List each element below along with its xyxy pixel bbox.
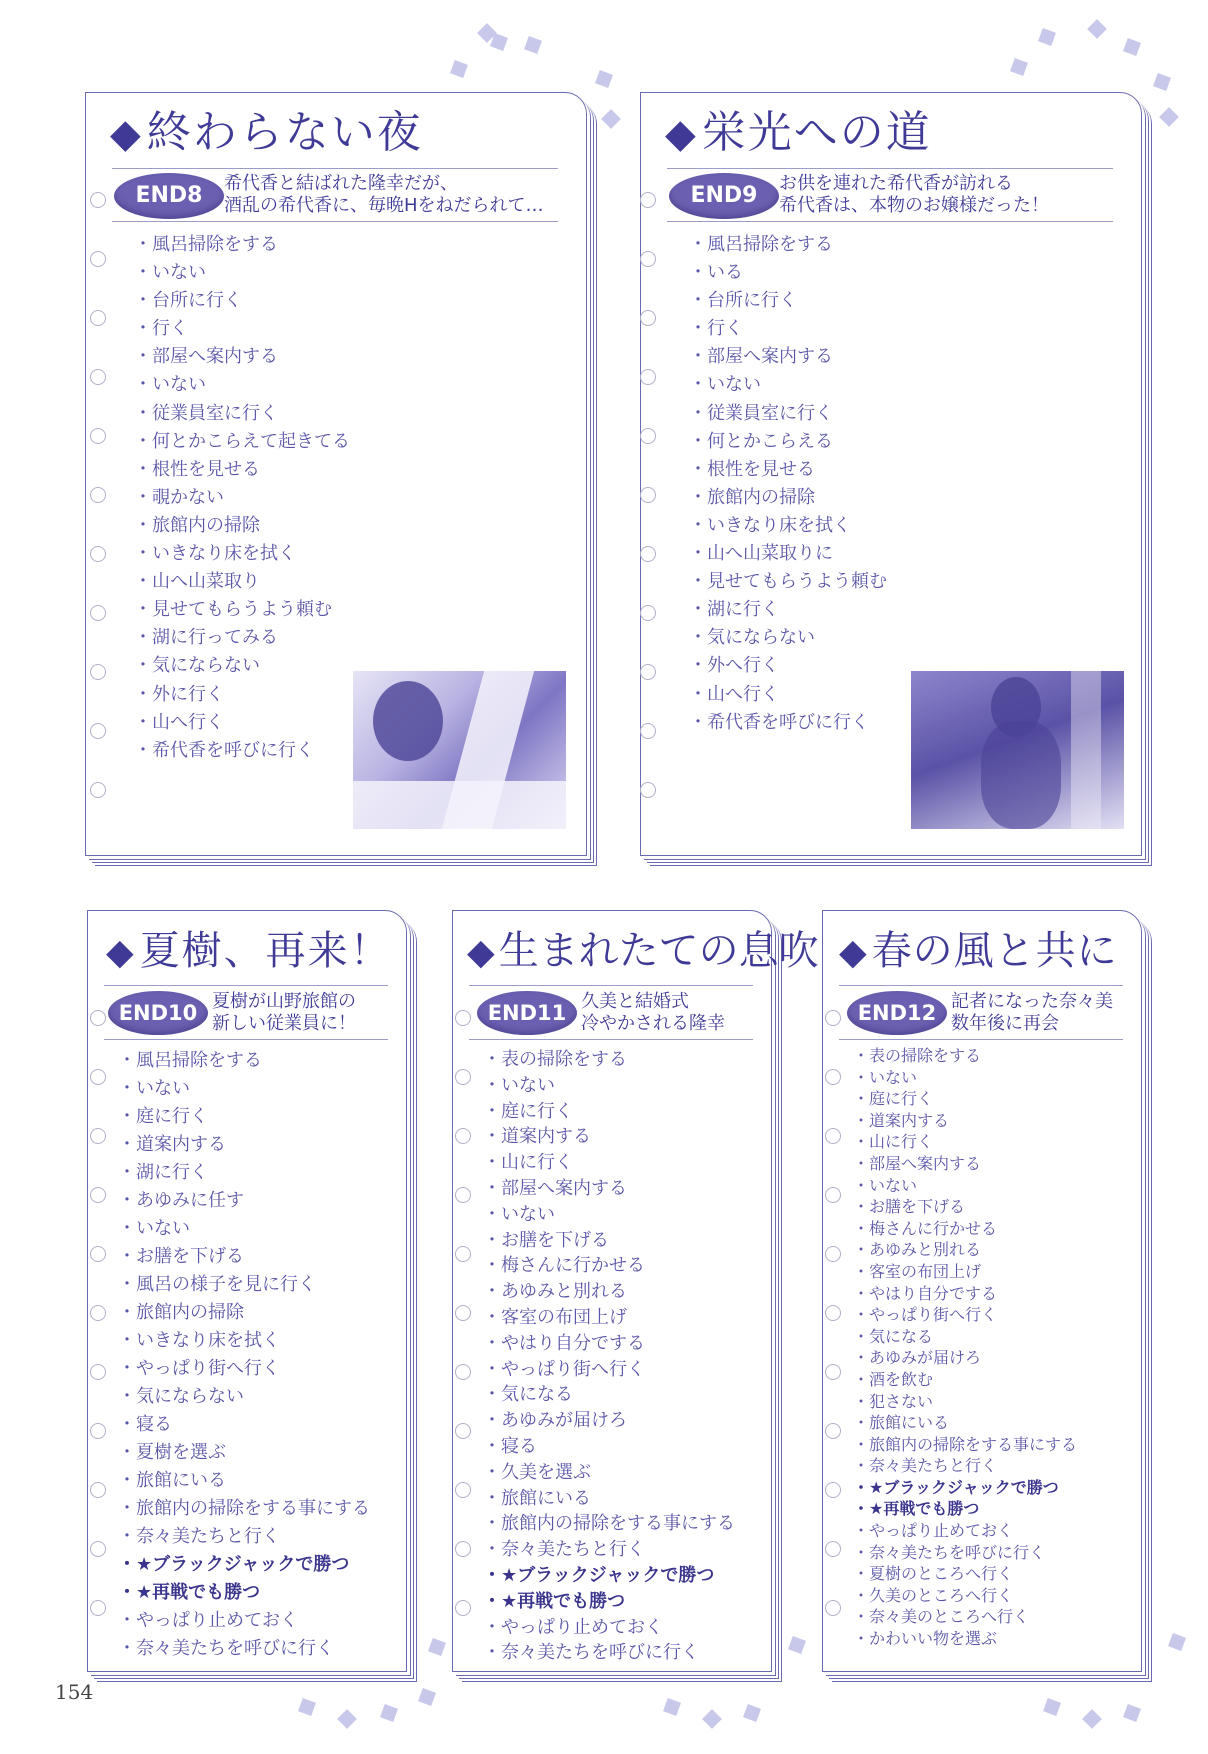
choice-item: ・山に行く	[483, 1150, 735, 1176]
divider	[667, 168, 1113, 169]
binder-ring	[90, 1600, 106, 1616]
diamond-bullet-icon: ◆	[106, 932, 136, 973]
choice-item: ・寝る	[118, 1411, 370, 1439]
diamond-bullet-icon: ◆	[839, 932, 868, 973]
choice-item: ・気にならない	[134, 652, 350, 680]
summary-line: 数年後に再会	[951, 1013, 1113, 1035]
divider	[839, 1039, 1123, 1040]
choice-item: ・何とかこらえて起きてる	[134, 428, 350, 456]
choice-item: ・奈々美たちを呼びに行く	[853, 1542, 1077, 1564]
divider	[469, 985, 753, 986]
ending-card-end10: ◆夏樹、再来！ END10 夏樹が山野旅館の 新しい従業員に！ ・風呂掃除をする…	[87, 910, 407, 1672]
card-title: ◆春の風と共に	[839, 919, 1118, 985]
summary-line: 夏樹が山野旅館の	[212, 991, 356, 1013]
binder-ring	[825, 1364, 841, 1380]
choice-item: ・やっぱり街へ行く	[853, 1304, 1077, 1326]
binder-ring	[455, 1069, 471, 1085]
divider	[469, 1039, 753, 1040]
binder-ring	[640, 605, 656, 621]
ending-card-end12: ◆春の風と共に END12 記者になった奈々美 数年後に再会 ・表の掃除をする …	[822, 910, 1142, 1672]
card-title-text: 終わらない夜	[147, 107, 423, 158]
choice-item: ・風呂掃除をする	[689, 231, 887, 259]
decorative-diamond	[1082, 1709, 1102, 1729]
card-title: ◆栄光への道	[665, 101, 932, 166]
choice-item: ・久美のところへ行く	[853, 1585, 1077, 1607]
choice-item: ・やっぱり止めておく	[118, 1607, 370, 1635]
divider	[839, 985, 1123, 986]
card-title: ◆夏樹、再来！	[106, 919, 392, 985]
binder-ring	[455, 1541, 471, 1557]
ending-summary: 希代香と結ばれた隆幸だが、 酒乱の希代香に、毎晩Hをねだられて…	[224, 173, 544, 217]
summary-line: 酒乱の希代香に、毎晩Hをねだられて…	[224, 195, 544, 217]
choice-list: ・表の掃除をする ・いない ・庭に行く ・道案内する ・山に行く ・部屋へ案内す…	[853, 1045, 1077, 1650]
decorative-diamond	[337, 1709, 357, 1729]
choice-item: ・気になる	[483, 1382, 735, 1408]
ending-illustration	[911, 671, 1124, 829]
end-badge: END10	[108, 991, 208, 1035]
choice-item: ・いない	[853, 1067, 1077, 1089]
binder-ring	[640, 782, 656, 798]
choice-item: ・庭に行く	[853, 1088, 1077, 1110]
choice-item: ・いない	[118, 1215, 370, 1243]
binder-ring	[640, 310, 656, 326]
choice-item: ・湖に行く	[118, 1159, 370, 1187]
choice-item: ・山へ山菜取り	[134, 568, 350, 596]
choice-item: ・いない	[134, 259, 350, 287]
binder-ring	[825, 1482, 841, 1498]
decorative-diamond	[1043, 1698, 1061, 1716]
summary-line: お供を連れた希代香が訪れる	[779, 173, 1049, 195]
binder-ring	[640, 192, 656, 208]
summary-line: 希代香は、本物のお嬢様だった！	[779, 195, 1049, 217]
choice-item: ・風呂掃除をする	[134, 231, 350, 259]
binder-ring	[825, 1187, 841, 1203]
choice-item: ・庭に行く	[118, 1103, 370, 1131]
decorative-diamond	[663, 1698, 681, 1716]
choice-item: ・いない	[134, 371, 350, 399]
binder-ring	[90, 1010, 106, 1026]
choice-item: ・あゆみが届けろ	[483, 1408, 735, 1434]
binder-ring	[455, 1010, 471, 1026]
decorative-diamond	[298, 1698, 316, 1716]
choice-item: ・梅さんに行かせる	[853, 1218, 1077, 1240]
choice-item: ・いない	[118, 1075, 370, 1103]
choice-item-key: ・★ブラックジャックで勝つ	[118, 1551, 370, 1579]
ending-summary: 夏樹が山野旅館の 新しい従業員に！	[212, 991, 356, 1035]
binder-ring	[90, 546, 106, 562]
ending-summary: 記者になった奈々美 数年後に再会	[951, 991, 1113, 1035]
choice-item: ・部屋へ案内する	[853, 1153, 1077, 1175]
choice-item: ・表の掃除をする	[853, 1045, 1077, 1067]
diamond-bullet-icon: ◆	[467, 932, 495, 973]
choice-item: ・根性を見せる	[134, 456, 350, 484]
binder-ring	[455, 1482, 471, 1498]
choice-item: ・旅館内の掃除	[134, 512, 350, 540]
choice-item: ・見せてもらうよう頼む	[134, 596, 350, 624]
choice-item: ・道案内する	[483, 1124, 735, 1150]
ending-summary: お供を連れた希代香が訪れる 希代香は、本物のお嬢様だった！	[779, 173, 1049, 217]
page-number: 154	[55, 1680, 93, 1704]
binder-ring	[640, 428, 656, 444]
summary-line: 冷やかされる隆幸	[581, 1013, 725, 1035]
choice-item: ・梅さんに行かせる	[483, 1253, 735, 1279]
decorative-diamond	[450, 60, 468, 78]
summary-line: 久美と結婚式	[581, 991, 725, 1013]
ending-illustration	[353, 671, 566, 829]
choice-item: ・お膳を下げる	[853, 1196, 1077, 1218]
choice-item: ・あゆみと別れる	[483, 1279, 735, 1305]
choice-item: ・庭に行く	[483, 1099, 735, 1125]
choice-item: ・風呂の様子を見に行く	[118, 1271, 370, 1299]
choice-item: ・いきなり床を拭く	[134, 540, 350, 568]
choice-item: ・外へ行く	[689, 652, 887, 680]
card-title-text: 栄光への道	[702, 107, 932, 158]
divider	[104, 985, 388, 986]
choice-item: ・いない	[689, 371, 887, 399]
binder-ring	[825, 1541, 841, 1557]
choice-item: ・夏樹を選ぶ	[118, 1439, 370, 1467]
summary-line: 記者になった奈々美	[951, 991, 1113, 1013]
choice-item: ・やはり自分でする	[483, 1331, 735, 1357]
binder-ring	[90, 1305, 106, 1321]
decorative-diamond	[418, 1688, 436, 1706]
binder-ring	[640, 723, 656, 739]
choice-item: ・従業員室に行く	[689, 400, 887, 428]
binder-ring	[90, 723, 106, 739]
binder-ring	[90, 1187, 106, 1203]
choice-item: ・やっぱり街へ行く	[483, 1357, 735, 1383]
binder-ring	[90, 1069, 106, 1085]
choice-item: ・やっぱり街へ行く	[118, 1355, 370, 1383]
binder-ring	[90, 251, 106, 267]
choice-item: ・根性を見せる	[689, 456, 887, 484]
binder-ring	[640, 664, 656, 680]
choice-item: ・旅館にいる	[483, 1486, 735, 1512]
binder-ring	[90, 487, 106, 503]
choice-item: ・行く	[689, 315, 887, 343]
choice-item: ・部屋へ案内する	[689, 343, 887, 371]
binder-ring	[90, 1246, 106, 1262]
choice-item: ・何とかこらえる	[689, 428, 887, 456]
card-title-text: 生まれたての息吹	[499, 928, 819, 974]
ending-card-end11: ◆生まれたての息吹 END11 久美と結婚式 冷やかされる隆幸 ・表の掃除をする…	[452, 910, 772, 1672]
choice-item: ・気になる	[853, 1326, 1077, 1348]
choice-item: ・やっぱり止めておく	[483, 1615, 735, 1641]
choice-item: ・かわいい物を選ぶ	[853, 1628, 1077, 1650]
choice-item: ・あゆみと別れる	[853, 1239, 1077, 1261]
choice-item: ・従業員室に行く	[134, 400, 350, 428]
choice-item: ・旅館内の掃除をする事にする	[853, 1434, 1077, 1456]
binder-ring	[825, 1305, 841, 1321]
end-badge: END12	[847, 991, 947, 1035]
choice-item: ・希代香を呼びに行く	[689, 709, 887, 737]
decorative-diamond	[1168, 1633, 1186, 1651]
summary-line: 希代香と結ばれた隆幸だが、	[224, 173, 544, 195]
end-badge: END8	[114, 173, 224, 219]
card-title: ◆終わらない夜	[110, 101, 423, 166]
binder-ring	[455, 1364, 471, 1380]
divider	[112, 221, 558, 222]
ending-card-end8: ◆終わらない夜 END8 希代香と結ばれた隆幸だが、 酒乱の希代香に、毎晩Hをね…	[85, 92, 587, 856]
choice-item: ・いる	[689, 259, 887, 287]
choice-item: ・台所に行く	[134, 287, 350, 315]
choice-item-key: ・★ブラックジャックで勝つ	[483, 1563, 735, 1589]
choice-item: ・外に行く	[134, 681, 350, 709]
choice-item: ・いきなり床を拭く	[118, 1327, 370, 1355]
choice-item: ・お膳を下げる	[483, 1228, 735, 1254]
choice-item-key: ・★ブラックジャックで勝つ	[853, 1477, 1077, 1499]
choice-item: ・あゆみに任す	[118, 1187, 370, 1215]
choice-item: ・見せてもらうよう頼む	[689, 568, 887, 596]
binder-ring	[90, 1128, 106, 1144]
diamond-bullet-icon: ◆	[110, 111, 143, 157]
choice-item: ・あゆみが届けろ	[853, 1347, 1077, 1369]
binder-ring	[455, 1246, 471, 1262]
choice-item: ・行く	[134, 315, 350, 343]
binder-ring	[90, 664, 106, 680]
choice-item: ・旅館内の掃除をする事にする	[483, 1511, 735, 1537]
binder-ring	[825, 1010, 841, 1026]
decorative-diamond	[1153, 73, 1171, 91]
binder-ring	[90, 428, 106, 444]
choice-item-key: ・★再戦でも勝つ	[118, 1579, 370, 1607]
choice-item: ・夏樹のところへ行く	[853, 1563, 1077, 1585]
decorative-diamond	[1123, 38, 1141, 56]
decorative-diamond	[702, 1709, 722, 1729]
choice-item: ・やはり自分でする	[853, 1283, 1077, 1305]
choice-item: ・奈々美たちを呼びに行く	[483, 1640, 735, 1666]
ending-card-end9: ◆栄光への道 END9 お供を連れた希代香が訪れる 希代香は、本物のお嬢様だった…	[640, 92, 1142, 856]
decorative-diamond	[428, 1638, 446, 1656]
choice-item: ・湖に行ってみる	[134, 624, 350, 652]
decorative-diamond	[1010, 58, 1028, 76]
summary-line: 新しい従業員に！	[212, 1013, 356, 1035]
choice-item: ・いない	[853, 1175, 1077, 1197]
choice-item: ・寝る	[483, 1434, 735, 1460]
decorative-diamond	[1038, 28, 1056, 46]
divider	[112, 168, 558, 169]
choice-item: ・いない	[483, 1073, 735, 1099]
decorative-diamond	[380, 1704, 398, 1722]
binder-ring	[90, 310, 106, 326]
decorative-diamond	[524, 36, 542, 54]
choice-item: ・奈々美たちと行く	[118, 1523, 370, 1551]
choice-item: ・お膳を下げる	[118, 1243, 370, 1271]
choice-item-key: ・★再戦でも勝つ	[483, 1589, 735, 1615]
binder-ring	[455, 1187, 471, 1203]
decorative-diamond	[743, 1704, 761, 1722]
decorative-diamond	[788, 1636, 806, 1654]
choice-item: ・山へ行く	[134, 709, 350, 737]
binder-ring	[825, 1423, 841, 1439]
choice-item: ・旅館にいる	[118, 1467, 370, 1495]
binder-ring	[640, 369, 656, 385]
choice-item: ・旅館内の掃除	[689, 484, 887, 512]
divider	[104, 1039, 388, 1040]
binder-ring	[640, 487, 656, 503]
choice-item: ・山へ行く	[689, 681, 887, 709]
binder-ring	[825, 1246, 841, 1262]
choice-item: ・やっぱり止めておく	[853, 1520, 1077, 1542]
choice-item-key: ・★再戦でも勝つ	[853, 1498, 1077, 1520]
choice-item: ・奈々美たちと行く	[483, 1537, 735, 1563]
choice-list: ・表の掃除をする ・いない ・庭に行く ・道案内する ・山に行く ・部屋へ案内す…	[483, 1047, 735, 1666]
choice-item: ・覗かない	[134, 484, 350, 512]
binder-ring	[90, 369, 106, 385]
choice-item: ・いきなり床を拭く	[689, 512, 887, 540]
binder-ring	[90, 1482, 106, 1498]
choice-item: ・台所に行く	[689, 287, 887, 315]
choice-item: ・風呂掃除をする	[118, 1047, 370, 1075]
binder-ring	[90, 605, 106, 621]
choice-list: ・風呂掃除をする ・いない ・台所に行く ・行く ・部屋へ案内する ・いない ・…	[134, 231, 350, 765]
end-badge: END9	[669, 173, 779, 219]
binder-ring	[90, 782, 106, 798]
binder-ring	[455, 1305, 471, 1321]
choice-item: ・奈々美たちを呼びに行く	[118, 1635, 370, 1663]
card-title-text: 夏樹、再来！	[140, 928, 392, 974]
choice-item: ・奈々美のところへ行く	[853, 1606, 1077, 1628]
choice-list: ・風呂掃除をする ・いない ・庭に行く ・道案内する ・湖に行く ・あゆみに任す…	[118, 1047, 370, 1663]
choice-item: ・道案内する	[853, 1110, 1077, 1132]
decorative-diamond	[490, 33, 508, 51]
choice-item: ・湖に行く	[689, 596, 887, 624]
binder-ring	[90, 1423, 106, 1439]
end-badge: END11	[477, 991, 577, 1035]
choice-item: ・奈々美たちと行く	[853, 1455, 1077, 1477]
choice-item: ・気にならない	[118, 1383, 370, 1411]
choice-item: ・希代香を呼びに行く	[134, 737, 350, 765]
choice-item: ・部屋へ案内する	[134, 343, 350, 371]
choice-list: ・風呂掃除をする ・いる ・台所に行く ・行く ・部屋へ案内する ・いない ・従…	[689, 231, 887, 737]
decorative-diamond	[595, 70, 613, 88]
binder-ring	[90, 1541, 106, 1557]
choice-item: ・久美を選ぶ	[483, 1460, 735, 1486]
choice-item: ・客室の布団上げ	[483, 1305, 735, 1331]
binder-ring	[825, 1069, 841, 1085]
binder-ring	[825, 1600, 841, 1616]
binder-ring	[90, 192, 106, 208]
binder-ring	[640, 546, 656, 562]
choice-item: ・酒を飲む	[853, 1369, 1077, 1391]
choice-item: ・旅館内の掃除をする事にする	[118, 1495, 370, 1523]
choice-item: ・客室の布団上げ	[853, 1261, 1077, 1283]
choice-item: ・山に行く	[853, 1131, 1077, 1153]
choice-item: ・いない	[483, 1202, 735, 1228]
choice-item: ・旅館にいる	[853, 1412, 1077, 1434]
choice-item: ・山へ山菜取りに	[689, 540, 887, 568]
ending-summary: 久美と結婚式 冷やかされる隆幸	[581, 991, 725, 1035]
decorative-diamond	[1123, 1704, 1141, 1722]
choice-item: ・道案内する	[118, 1131, 370, 1159]
decorative-diamond	[601, 109, 621, 129]
diamond-bullet-icon: ◆	[665, 111, 698, 157]
binder-ring	[455, 1423, 471, 1439]
binder-ring	[640, 251, 656, 267]
card-title: ◆生まれたての息吹	[467, 919, 819, 985]
binder-ring	[825, 1128, 841, 1144]
choice-item: ・犯さない	[853, 1391, 1077, 1413]
choice-item: ・部屋へ案内する	[483, 1176, 735, 1202]
decorative-diamond	[1087, 19, 1107, 39]
card-title-text: 春の風と共に	[872, 928, 1118, 974]
binder-ring	[455, 1128, 471, 1144]
choice-item: ・表の掃除をする	[483, 1047, 735, 1073]
binder-ring	[455, 1600, 471, 1616]
decorative-diamond	[1159, 107, 1179, 127]
choice-item: ・気にならない	[689, 624, 887, 652]
divider	[667, 221, 1113, 222]
choice-item: ・旅館内の掃除	[118, 1299, 370, 1327]
binder-ring	[90, 1364, 106, 1380]
